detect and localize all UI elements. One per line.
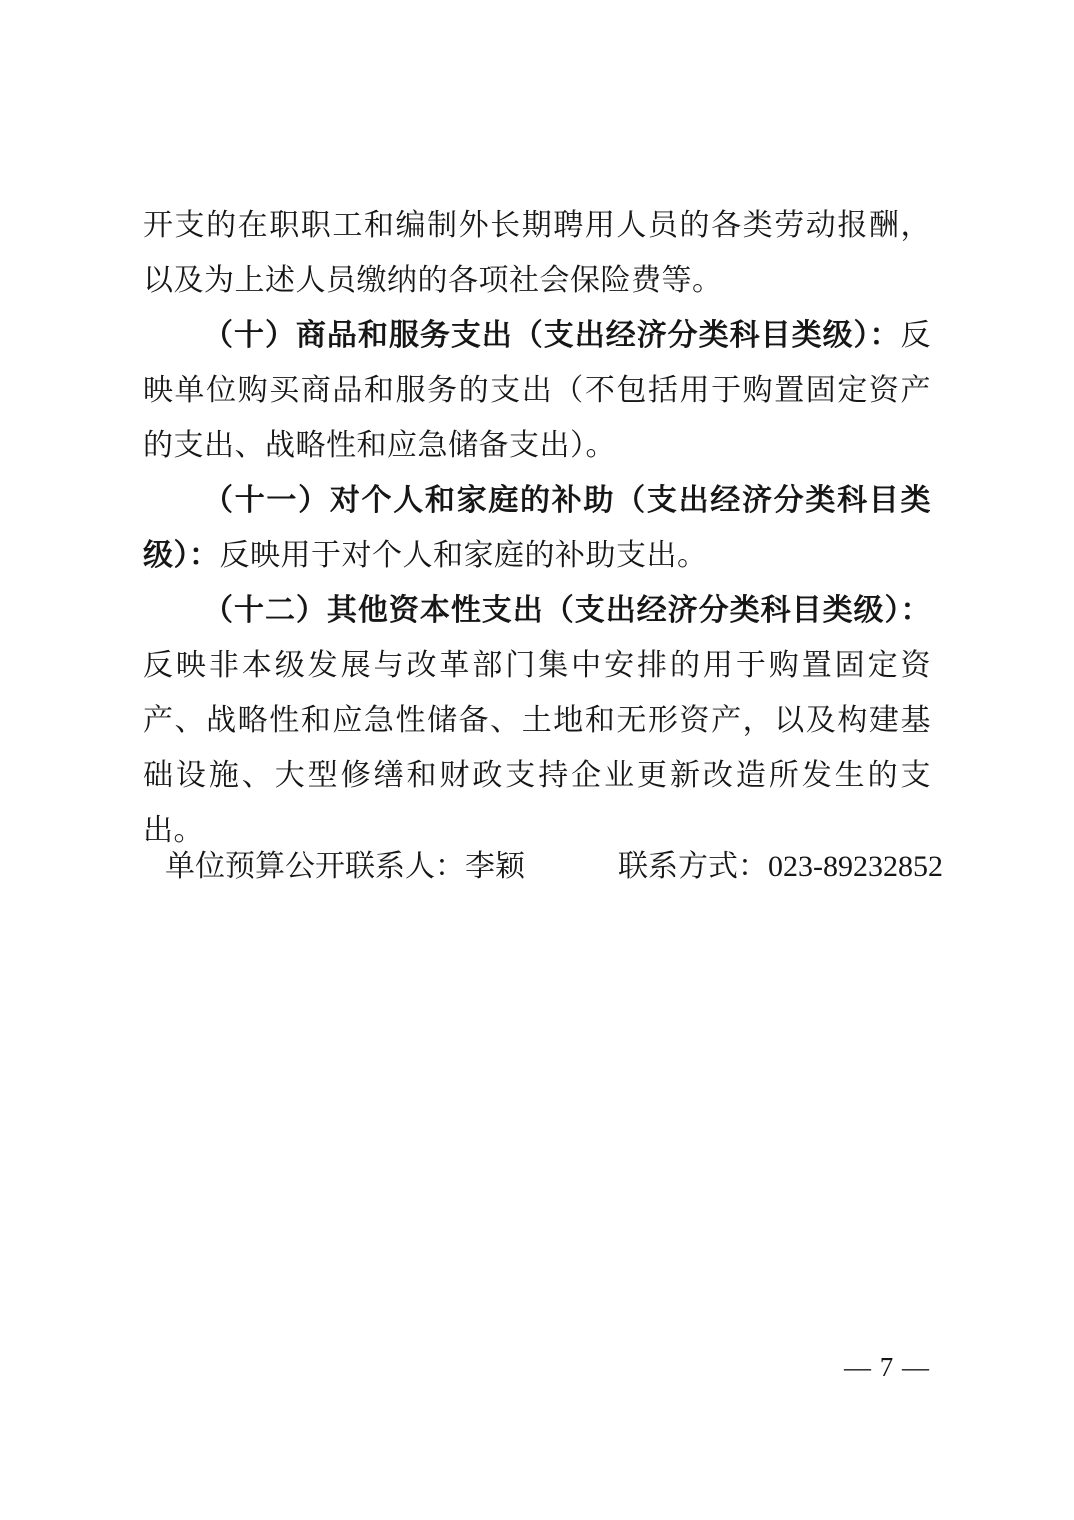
text-content: 开支的在职职工和编制外长期聘用人员的各类劳动报酬，以及为上述人员缴纳的各项社会保… xyxy=(143,198,931,858)
paragraph-continuation: 开支的在职职工和编制外长期聘用人员的各类劳动报酬，以及为上述人员缴纳的各项社会保… xyxy=(143,198,931,308)
document-page: 开支的在职职工和编制外长期聘用人员的各类劳动报酬，以及为上述人员缴纳的各项社会保… xyxy=(0,0,1074,1520)
paragraph-body: 反映非本级发展与改革部门集中安排的用于购置固定资产、战略性和应急性储备、土地和无… xyxy=(143,649,931,847)
paragraph-heading: （十二）其他资本性支出（支出经济分类科目类级）： xyxy=(203,594,931,627)
paragraph-item-10: （十）商品和服务支出（支出经济分类科目类级）：反映单位购买商品和服务的支出（不包… xyxy=(143,308,931,473)
contact-line: 单位预算公开联系人：李颖联系方式：023-89232852 xyxy=(165,846,935,888)
paragraph-item-12: （十二）其他资本性支出（支出经济分类科目类级）：反映非本级发展与改革部门集中安排… xyxy=(143,583,931,858)
page-number: — 7 — xyxy=(844,1352,930,1382)
contact-person: 单位预算公开联系人：李颖 xyxy=(165,850,525,883)
paragraph-heading: （十）商品和服务支出（支出经济分类科目类级）： xyxy=(203,319,901,352)
paragraph-body: 开支的在职职工和编制外长期聘用人员的各类劳动报酬，以及为上述人员缴纳的各项社会保… xyxy=(143,209,931,297)
paragraph-body: 反映用于对个人和家庭的补助支出。 xyxy=(220,539,708,572)
contact-phone: 联系方式：023-89232852 xyxy=(618,850,943,883)
paragraph-item-11: （十一）对个人和家庭的补助（支出经济分类科目类级）：反映用于对个人和家庭的补助支… xyxy=(143,473,931,583)
